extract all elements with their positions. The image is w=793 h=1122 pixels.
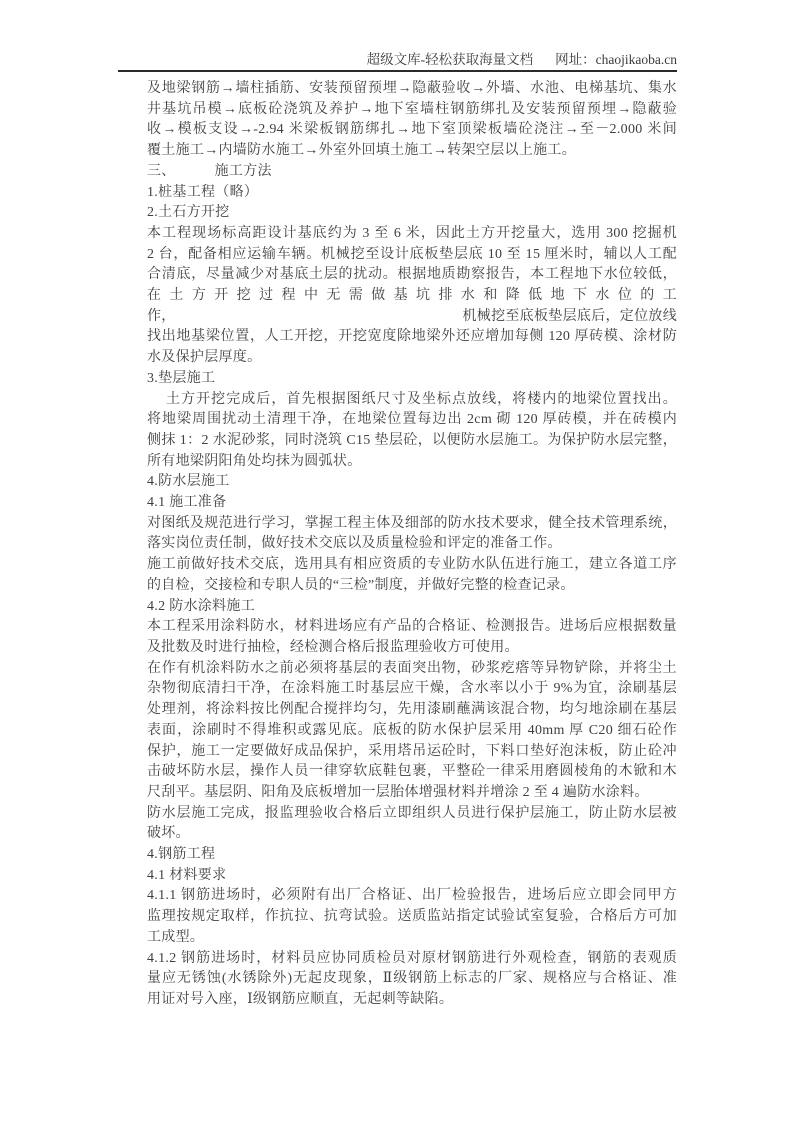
text-line: 找出地基梁位置，人工开挖，开挖宽度除地梁外还应增加每侧 120 厚砖模、涂材防	[147, 327, 677, 348]
text-line-right: 机械挖至底板垫层底后，定位放线	[463, 307, 678, 328]
text-line: 尺刮平。基层阴、阳角及底板增加一层胎体增强材料并增涂 2 至 4 遍防水涂料。	[147, 783, 677, 804]
text-line: 3.垫层施工	[147, 369, 677, 390]
text-line: 落实岗位责任制，做好技术交底以及质量检验和评定的准备工作。	[147, 534, 677, 555]
text-line: 保护，施工一定要做好成品保护，采用塔吊运砼时，下料口垫好泡沫板，防止砼冲	[147, 742, 677, 763]
text-line-left: 作，	[147, 307, 176, 328]
text-line: 2.土石方开挖	[147, 203, 677, 224]
text-line: 井基坑吊模→底板砼浇筑及养护→地下室墙柱钢筋绑扎及安装预留预埋→隐蔽验	[147, 100, 677, 121]
text-line-right: 施工方法	[215, 164, 272, 179]
page-header: 超级文库-轻松获取海量文档网址：chaojikaoba.cn	[367, 48, 677, 68]
text-line: 将地梁周围扰动土清理干净，在地梁位置每边出 2cm 砌 120 厚砖模，并在砖模…	[147, 410, 677, 431]
text-line: 的自检，交接检和专职人员的“三检”制度，并做好完整的检查记录。	[147, 576, 677, 597]
text-line: 处理剂，将涂料按比例配合搅拌均匀，先用漆刷蘸满该混合物，均匀地涂刷在基层	[147, 700, 677, 721]
header-url: chaojikaoba.cn	[596, 52, 677, 67]
text-line: 工成型。	[147, 928, 677, 949]
text-line: 三、施工方法	[147, 162, 677, 183]
text-line: 破坏。	[147, 824, 677, 845]
text-line: 4.钢筋工程	[147, 845, 677, 866]
text-line: 所有地梁阴阳角处均抹为圆弧状。	[147, 452, 677, 473]
text-line: 对图纸及规范进行学习，掌握工程主体及细部的防水技术要求，健全技术管理系统，	[147, 514, 677, 535]
text-line: 收→模板支设→-2.94 米梁板钢筋绑扎→地下室顶梁板墙砼浇注→至－2.000 …	[147, 120, 677, 141]
text-line: 在土方开挖过程中无需做基坑排水和降低地下水位的工	[147, 286, 677, 307]
text-line: 1.桩基工程（略）	[147, 183, 677, 204]
text-line: 4.1 材料要求	[147, 866, 677, 887]
text-line: 量应无锈蚀(水锈除外)无起皮现象，Ⅱ级钢筋上标志的厂家、规格应与合格证、准	[147, 969, 677, 990]
text-line: 击破坏防水层，操作人员一律穿软底鞋包裹，平整砼一律采用磨圆棱角的木锨和木	[147, 762, 677, 783]
text-line: 本工程现场标高距设计基底约为 3 至 6 米，因此土方开挖量大，选用 300 挖…	[147, 224, 677, 245]
text-line: 及地梁钢筋→墙柱插筋、安装预留预埋→隐蔽验收→外墙、水池、电梯基坑、集水	[147, 79, 677, 100]
document-body: 及地梁钢筋→墙柱插筋、安装预留预埋→隐蔽验收→外墙、水池、电梯基坑、集水井基坑吊…	[147, 79, 677, 1011]
header-rule	[118, 70, 677, 72]
text-line: 及批数及时进行抽检，经检测合格后报监理验收方可使用。	[147, 638, 677, 659]
text-line: 用证对号入座，Ⅰ级钢筋应顺直，无起刺等缺陷。	[147, 990, 677, 1011]
document-page: 超级文库-轻松获取海量文档网址：chaojikaoba.cn 及地梁钢筋→墙柱插…	[0, 0, 793, 1122]
text-line: 杂物彻底清扫干净，在涂料施工时基层应干燥，含水率以小于 9%为宜，涂刷基层	[147, 679, 677, 700]
text-line: 2 台，配备相应运输车辆。机械挖至设计底板垫层底 10 至 15 厘米时，辅以人…	[147, 245, 677, 266]
text-line: 在作有机涂料防水之前必须将基层的表面突出物，砂浆疙瘩等异物铲除，并将尘土	[147, 659, 677, 680]
text-line: 4.1.2 钢筋进场时，材料员应协同质检员对原材钢筋进行外观检查，钢筋的表观质	[147, 949, 677, 970]
text-line: 本工程采用涂料防水，材料进场应有产品的合格证、检测报告。进场后应根据数量	[147, 617, 677, 638]
header-site-name: 超级文库-轻松获取海量文档	[367, 52, 534, 67]
text-line: 施工前做好技术交底，选用具有相应资质的专业防水队伍进行施工，建立各道工序	[147, 555, 677, 576]
text-line: 4.1 施工准备	[147, 493, 677, 514]
text-line-left: 三、	[147, 164, 176, 179]
text-line: 作，机械挖至底板垫层底后，定位放线	[147, 307, 677, 328]
header-url-label: 网址：	[555, 52, 596, 67]
text-line: 侧抹 1：2 水泥砂浆，同时浇筑 C15 垫层砼，以便防水层施工。为保护防水层完…	[147, 431, 677, 452]
text-line: 表面，涂刷时不得堆积或露见底。底板的防水保护层采用 40mm 厚 C20 细石砼…	[147, 721, 677, 742]
text-line: 覆土施工→内墙防水施工→外室外回填土施工→转架空层以上施工。	[147, 141, 677, 162]
text-line: 4.2 防水涂料施工	[147, 597, 677, 618]
text-line: 监理按规定取样，作抗拉、抗弯试验。送质监站指定试验试室复验，合格后方可加	[147, 907, 677, 928]
text-line: 4.防水层施工	[147, 472, 677, 493]
text-line: 合清底，尽量减少对基底土层的扰动。根据地质勘察报告，本工程地下水位较低，	[147, 265, 677, 286]
text-line: 水及保护层厚度。	[147, 348, 677, 369]
text-line: 防水层施工完成，报监理验收合格后立即组织人员进行保护层施工，防止防水层被	[147, 804, 677, 825]
text-line: 土方开挖完成后，首先根据图纸尺寸及坐标点放线，将楼内的地梁位置找出。	[147, 390, 677, 411]
text-line: 4.1.1 钢筋进场时，必须附有出厂合格证、出厂检验报告，进场后应立即会同甲方	[147, 886, 677, 907]
